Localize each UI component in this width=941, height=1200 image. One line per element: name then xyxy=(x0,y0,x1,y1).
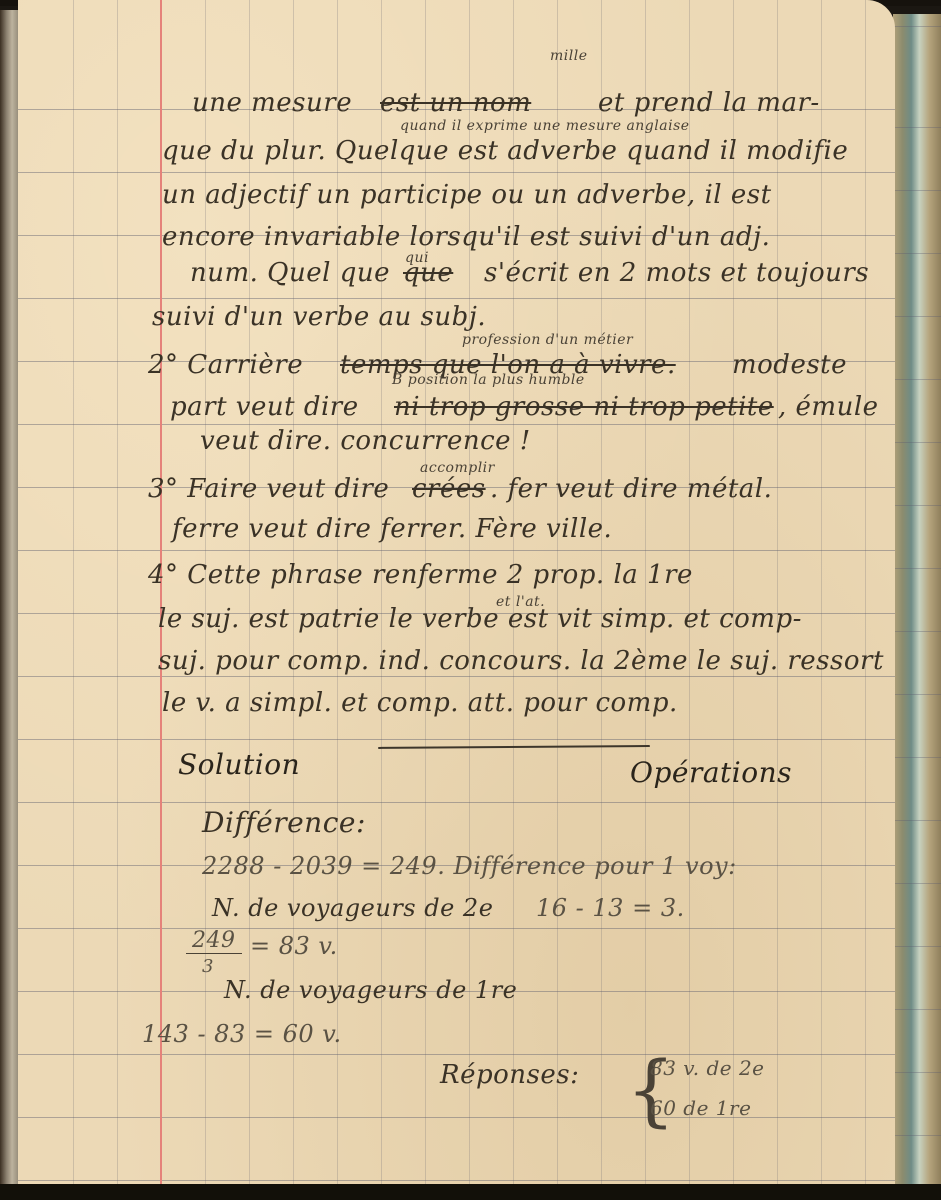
handwritten-line: le v. a simpl. et comp. att. pour comp. xyxy=(162,688,678,718)
answers-label: Réponses: xyxy=(440,1060,579,1090)
operation-subtraction: 16 - 13 = 3. xyxy=(536,894,685,922)
handwritten-line: le suj. est patrie le verbe est vit simp… xyxy=(158,604,802,634)
notebook-page: une mesureest un nomet prend la mar-mill… xyxy=(18,0,895,1184)
handwritten-line: part veut dire xyxy=(170,392,359,422)
interlinear-correction: qui xyxy=(405,250,429,266)
handwritten-line: , émule xyxy=(778,392,879,422)
red-margin-rule xyxy=(160,0,162,1184)
solution-heading: Solution xyxy=(178,748,300,781)
handwritten-line: 2° Carrière xyxy=(148,350,303,380)
handwritten-line: et prend la mar- xyxy=(598,88,820,118)
scan-bottom-edge xyxy=(0,1184,941,1200)
label-first-class: N. de voyageurs de 1re xyxy=(224,976,517,1004)
fraction-result: = 83 v. xyxy=(250,932,338,960)
handwritten-line: encore invariable lorsqu'il est suivi d'… xyxy=(162,222,770,252)
answer-first-class: 60 de 1re xyxy=(650,1096,751,1120)
next-page-rules xyxy=(893,14,941,1186)
difference-label: Différence: xyxy=(202,806,366,839)
handwritten-line: modeste xyxy=(732,350,847,380)
interlinear-correction: mille xyxy=(550,48,588,64)
handwritten-line: . fer veut dire métal. xyxy=(490,474,772,504)
calc-first-class: 143 - 83 = 60 v. xyxy=(142,1020,342,1048)
fraction-numerator: 249 xyxy=(186,928,242,954)
handwritten-line: est un nom xyxy=(380,88,531,118)
handwritten-line: que du plur. Quelque est adverbe quand i… xyxy=(162,136,848,166)
interlinear-correction: B position la plus humble xyxy=(392,372,585,388)
handwritten-line: num. Quel que xyxy=(190,258,390,288)
handwritten-line: ferre veut dire ferrer. Fère ville. xyxy=(172,514,612,544)
horizontal-grid-rules xyxy=(18,0,895,1184)
handwritten-line: suivi d'un verbe au subj. xyxy=(152,302,486,332)
fraction-denominator: 3 xyxy=(202,956,214,977)
calc-difference: 2288 - 2039 = 249. Différence pour 1 voy… xyxy=(202,852,737,880)
handwritten-line: veut dire. concurrence ! xyxy=(200,426,531,456)
handwritten-line: 4° Cette phrase renferme 2 prop. la 1re xyxy=(148,560,693,590)
interlinear-correction: profession d'un métier xyxy=(462,332,633,348)
operations-heading: Opérations xyxy=(630,756,792,789)
handwritten-line: ni trop grosse ni trop petite xyxy=(394,392,774,422)
label-second-class: N. de voyageurs de 2e xyxy=(212,894,493,922)
handwritten-line: une mesure xyxy=(192,88,352,118)
handwritten-line: 3° Faire veut dire xyxy=(148,474,389,504)
interlinear-correction: quand il exprime une mesure anglaise xyxy=(400,118,690,134)
handwritten-line: suj. pour comp. ind. concours. la 2ème l… xyxy=(158,646,884,676)
handwritten-line: crées xyxy=(412,474,486,504)
handwritten-line: un adjectif un participe ou un adverbe, … xyxy=(162,180,772,210)
handwritten-line: s'écrit en 2 mots et toujours xyxy=(484,258,869,288)
answer-second-class: 83 v. de 2e xyxy=(650,1056,765,1080)
